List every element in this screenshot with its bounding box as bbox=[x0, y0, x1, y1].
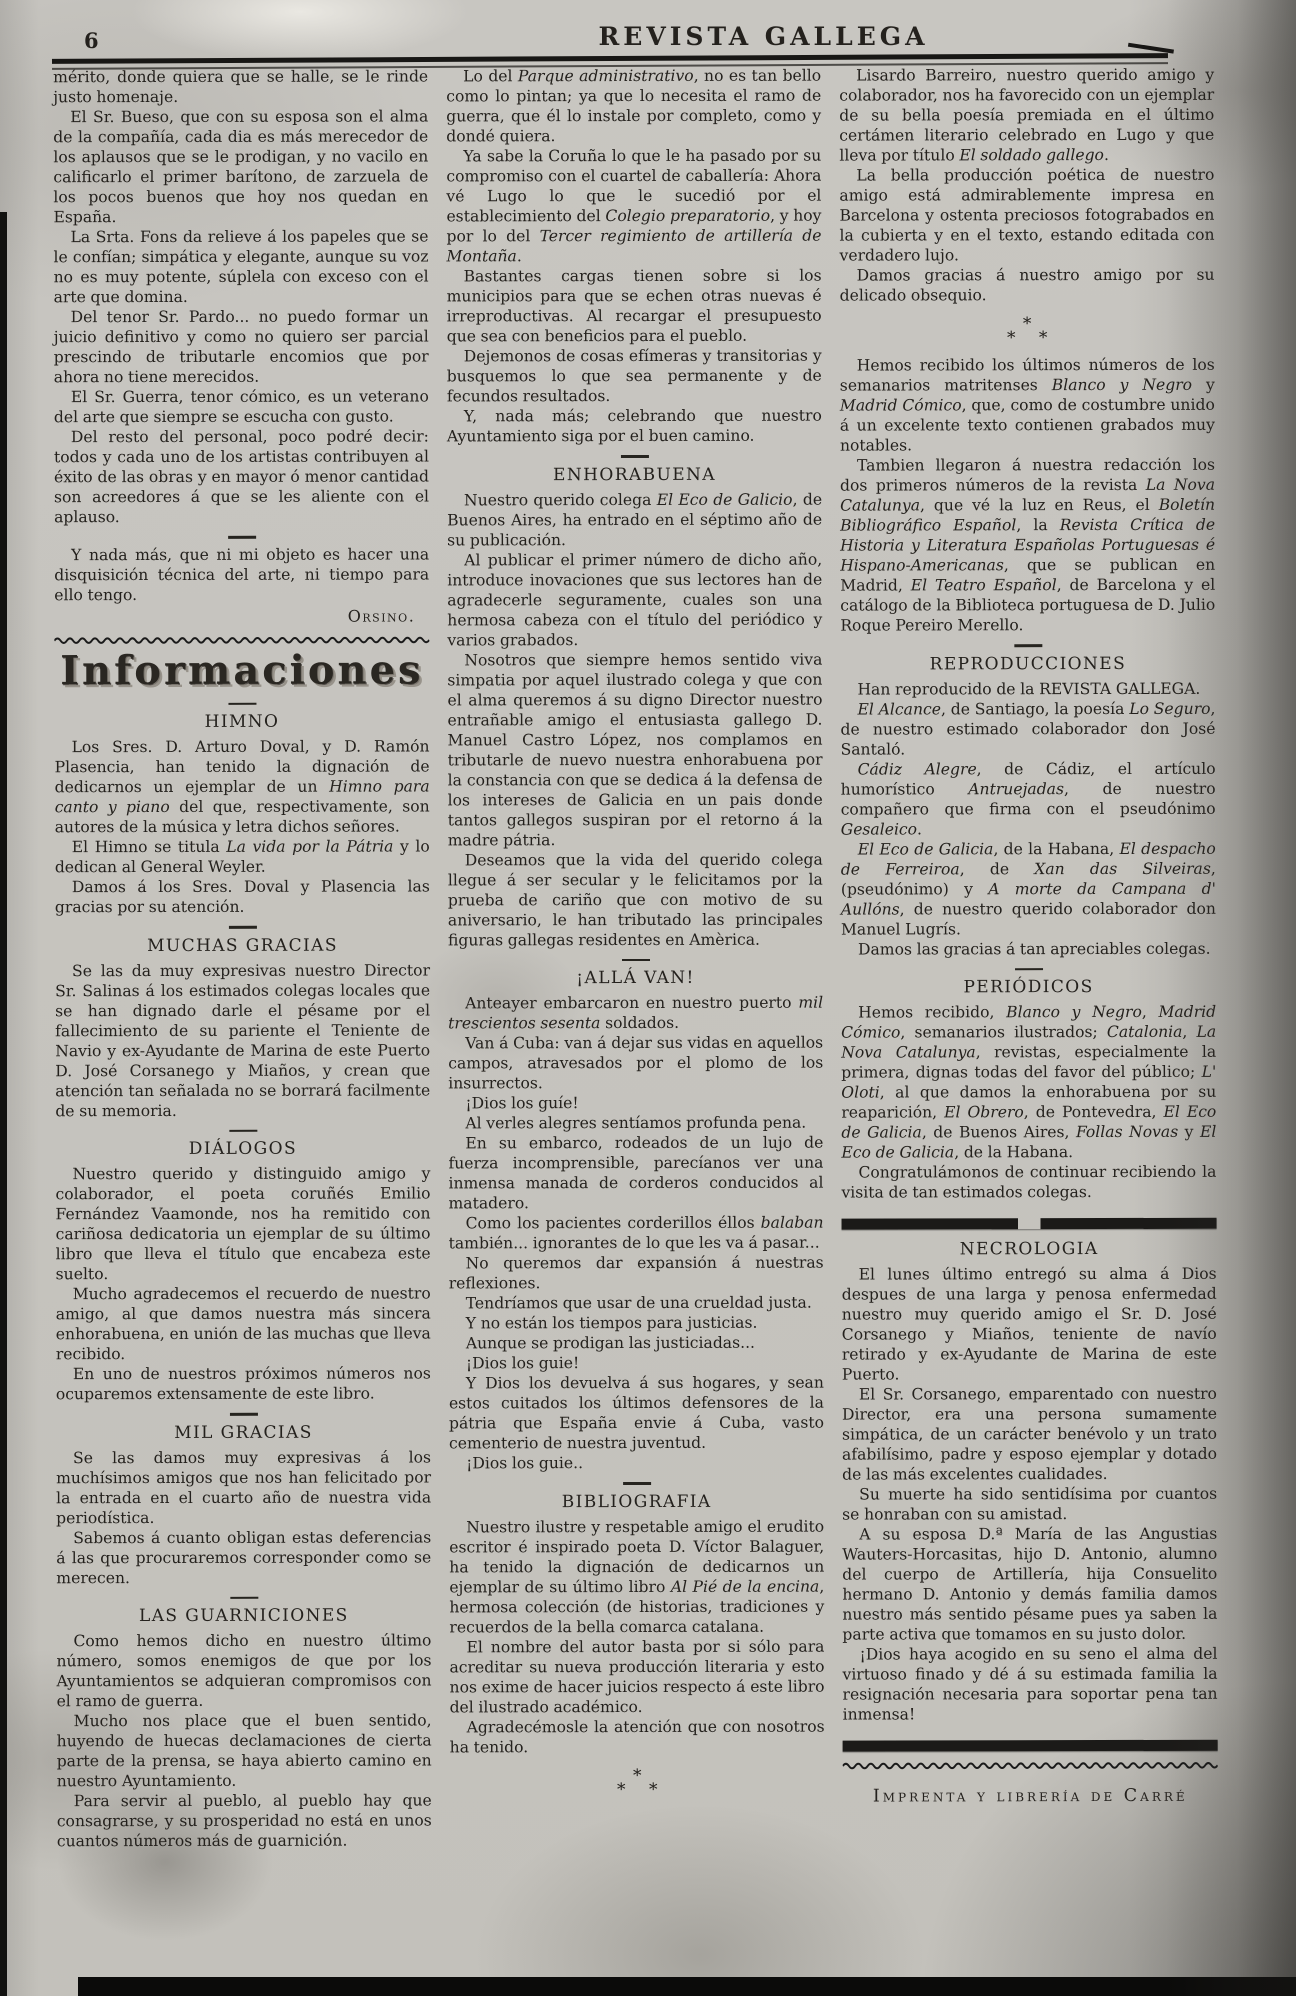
paragraph: Ya sabe la Coruña lo que le ha pasado po… bbox=[446, 146, 821, 267]
scanned-newspaper-page: 6 REVISTA GALLEGA mérito, donde quiera q… bbox=[0, 0, 1296, 1996]
paragraph: Damos gracias á nuestro amigo por su del… bbox=[840, 265, 1215, 306]
paragraph: Como los pacientes corderillos éllos bal… bbox=[449, 1213, 824, 1254]
paragraph: mérito, donde quiera que se halle, se le… bbox=[53, 66, 428, 107]
dash-divider bbox=[229, 1129, 257, 1132]
paragraph: El Eco de Galicia, de la Habana, El desp… bbox=[841, 838, 1216, 939]
paragraph: Tambien llegaron á nuestra redacción los… bbox=[840, 455, 1215, 636]
paragraph: Mucho agradecemos el recuerdo de nuestro… bbox=[56, 1283, 431, 1364]
page-number: 6 bbox=[84, 28, 99, 53]
text-columns: mérito, donde quiera que se halle, se le… bbox=[53, 65, 1218, 1851]
paragraph: Deseamos que la vida del querido colega … bbox=[448, 849, 823, 950]
paragraph: En uno de nuestros próximos números nos … bbox=[56, 1363, 431, 1404]
paragraph: Al publicar el primer número de dicho añ… bbox=[447, 549, 822, 650]
paragraph: Se las damos muy expresivas á los muchís… bbox=[56, 1447, 431, 1528]
paragraph: Y nada más, que ni mi objeto es hacer un… bbox=[54, 544, 429, 605]
column-3: Lisardo Barreiro, nuestro querido amigo … bbox=[839, 65, 1218, 1850]
paragraph: Tendríamos que usar de una crueldad just… bbox=[449, 1293, 824, 1314]
author-signature: Orsino. bbox=[54, 606, 415, 626]
paragraph: ¡Dios los guíe! bbox=[448, 1093, 823, 1114]
paragraph: Se las da muy expresivas nuestro Directo… bbox=[55, 960, 430, 1121]
paragraph: Del resto del personal, poco podré decir… bbox=[54, 426, 429, 527]
paragraph: Dejemonos de cosas efímeras y transitori… bbox=[447, 346, 822, 407]
paragraph: Lo del Parque administrativo, no es tan … bbox=[446, 66, 821, 147]
paragraph: El lunes último entregó su alma á Dios d… bbox=[842, 1264, 1217, 1385]
dash-divider bbox=[228, 702, 256, 705]
article-heading: MUCHAS GRACIAS bbox=[55, 935, 430, 956]
paragraph: El nombre del autor basta por si sólo pa… bbox=[449, 1636, 824, 1717]
paragraph: El Sr. Bueso, que con su esposa son el a… bbox=[53, 106, 428, 227]
imprint-line: Imprenta y librería de Carré bbox=[843, 1786, 1218, 1807]
asterism: ** * bbox=[840, 317, 1215, 346]
paragraph: Los Sres. D. Arturo Doval, y D. Ramón Pl… bbox=[55, 736, 430, 837]
article-heading: PERIÓDICOS bbox=[841, 977, 1216, 998]
article-heading: ENHORABUENA bbox=[447, 464, 822, 485]
dash-divider bbox=[230, 1596, 258, 1599]
asterism: ** * bbox=[450, 1768, 825, 1797]
dash-divider bbox=[228, 926, 256, 929]
paragraph: La Srta. Fons da relieve á los papeles q… bbox=[53, 226, 428, 307]
paragraph: Mucho nos place que el buen sentido, huy… bbox=[57, 1710, 432, 1791]
paragraph: Van á Cuba: van á dejar sus vidas en aqu… bbox=[448, 1033, 823, 1094]
dash-divider bbox=[620, 455, 648, 458]
section-title: Informaciones bbox=[54, 647, 429, 694]
article-heading: MIL GRACIAS bbox=[56, 1422, 431, 1443]
paragraph: El Himno se titula La vida por la Pátria… bbox=[55, 836, 430, 877]
paragraph: Y, nada más; celebrando que nuestro Ayun… bbox=[447, 406, 822, 447]
paragraph: Damos las gracias á tan apreciables cole… bbox=[841, 938, 1216, 959]
paragraph: Damos á los Sres. Doval y Plasencia las … bbox=[55, 876, 430, 917]
article-heading: LAS GUARNICIONES bbox=[56, 1605, 431, 1626]
paragraph: El Alcance, de Santiago, la poesía Lo Se… bbox=[840, 698, 1215, 759]
paragraph: No queremos dar expansión á nuestras ref… bbox=[449, 1253, 824, 1294]
paragraph: Han reproducido de la REVISTA GALLEGA. bbox=[840, 678, 1215, 699]
article-heading: BIBLIOGRAFIA bbox=[449, 1491, 824, 1512]
paragraph: Su muerte ha sido sentidísima por cuanto… bbox=[842, 1484, 1217, 1525]
column-1: mérito, donde quiera que se halle, se le… bbox=[53, 66, 432, 1851]
paragraph: Para servir al pueblo, al pueblo hay que… bbox=[57, 1790, 432, 1851]
wavy-rule bbox=[54, 635, 429, 645]
paragraph: Hemos recibido, Blanco y Negro, Madrid C… bbox=[841, 1002, 1216, 1163]
paragraph: La bella producción poética de nuestro a… bbox=[839, 165, 1214, 266]
column-2: Lo del Parque administrativo, no es tan … bbox=[446, 66, 825, 1851]
paragraph: Anteayer embarcaron en nuestro puerto mi… bbox=[448, 993, 823, 1034]
article-heading: NECROLOGIA bbox=[842, 1239, 1217, 1260]
paragraph: ¡Dios haya acogido en su seno el alma de… bbox=[842, 1644, 1217, 1725]
decorative-bar bbox=[842, 1218, 1217, 1230]
dash-divider bbox=[1015, 968, 1043, 971]
paragraph: Como hemos dicho en nuestro último númer… bbox=[56, 1630, 431, 1711]
paragraph: Nosotros que siempre hemos sentido viva … bbox=[447, 649, 822, 850]
article-heading: HIMNO bbox=[54, 711, 429, 732]
asterism-bottom: * * bbox=[840, 331, 1215, 346]
paragraph: Y no están los tiempos para justicias. bbox=[449, 1313, 824, 1334]
paragraph: ¡Dios los guie.. bbox=[449, 1453, 824, 1474]
paragraph: Lisardo Barreiro, nuestro querido amigo … bbox=[839, 65, 1214, 166]
paragraph: El Sr. Corsanego, emparentado con nuestr… bbox=[842, 1384, 1217, 1485]
paragraph: Sabemos á cuanto obligan estas deferenci… bbox=[56, 1527, 431, 1588]
dash-divider bbox=[1014, 644, 1042, 647]
page-content: mérito, donde quiera que se halle, se le… bbox=[53, 65, 1218, 1851]
paragraph: Congratulámonos de continuar recibiendo … bbox=[841, 1162, 1216, 1203]
paragraph: Hemos recibido los últimos números de lo… bbox=[840, 355, 1215, 456]
paragraph: ¡Dios los guie! bbox=[449, 1353, 824, 1374]
paragraph: En su embarco, rodeados de un lujo de fu… bbox=[448, 1133, 823, 1214]
paragraph: Cádiz Alegre, de Cádiz, el artículo humo… bbox=[841, 758, 1216, 839]
paragraph: Y Dios los devuelva á sus hogares, y sea… bbox=[449, 1373, 824, 1454]
scan-edge-bottom bbox=[78, 1977, 1296, 1996]
paragraph: Nuestro querido y distinguido amigo y co… bbox=[55, 1163, 430, 1284]
paragraph: A su esposa D.ª María de las Angustias W… bbox=[842, 1524, 1217, 1645]
dash-divider bbox=[622, 958, 650, 961]
dash-divider bbox=[229, 1413, 257, 1416]
paragraph: Al verles alegres sentíamos profunda pen… bbox=[448, 1113, 823, 1134]
decorative-bar bbox=[843, 1740, 1218, 1752]
dash-divider bbox=[228, 536, 256, 539]
article-heading: REPRODUCCIONES bbox=[840, 653, 1215, 674]
paragraph: El Sr. Guerra, tenor cómico, es un veter… bbox=[54, 386, 429, 427]
scan-edge-left bbox=[0, 212, 7, 1996]
wavy-rule bbox=[843, 1761, 1218, 1771]
paragraph: Nuestro ilustre y respetable amigo el er… bbox=[449, 1516, 824, 1637]
paragraph: Bastantes cargas tienen sobre si los mun… bbox=[447, 266, 822, 347]
paragraph: Nuestro querido colega El Eco de Galicio… bbox=[447, 489, 822, 550]
paragraph: Del tenor Sr. Pardo... no puedo formar u… bbox=[54, 306, 429, 387]
paragraph: Aunque se prodigan las justiciadas... bbox=[449, 1333, 824, 1354]
article-heading: ¡ALLÁ VAN! bbox=[448, 968, 823, 989]
article-heading: DIÁLOGOS bbox=[55, 1138, 430, 1159]
paragraph: Agradecémosle la atención que con nosotr… bbox=[450, 1716, 825, 1757]
dash-divider bbox=[623, 1482, 651, 1485]
asterism-bottom: * * bbox=[450, 1782, 825, 1797]
